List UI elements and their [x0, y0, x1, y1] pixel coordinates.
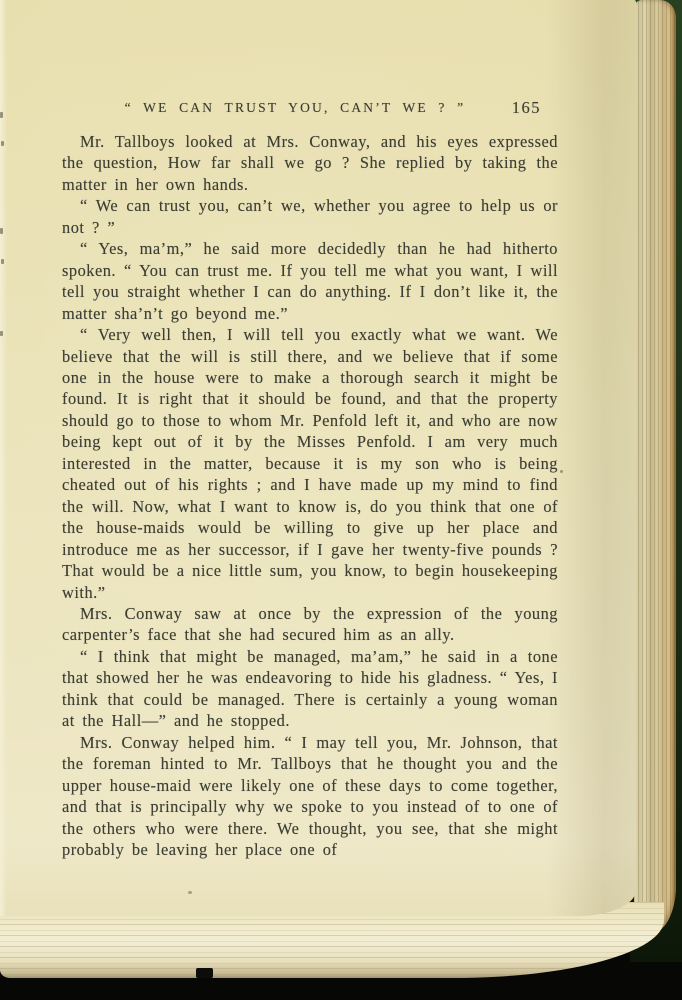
ink-bleed-mark	[0, 228, 3, 234]
body-text: Mr. Tallboys looked at Mrs. Conway, and …	[62, 131, 558, 860]
paper-speck	[188, 891, 192, 894]
book-page: “ WE CAN TRUST YOU, CAN’T WE ? ” 165 Mr.…	[0, 0, 636, 916]
running-title: “ WE CAN TRUST YOU, CAN’T WE ? ”	[62, 100, 528, 116]
ink-bleed-mark	[0, 331, 3, 336]
running-header: “ WE CAN TRUST YOU, CAN’T WE ? ” 165	[62, 98, 558, 120]
paragraph: “ I think that might be managed, ma’am,”…	[62, 646, 558, 732]
binding-shadow-notch	[196, 968, 213, 978]
paragraph: Mr. Tallboys looked at Mrs. Conway, and …	[62, 131, 558, 195]
paragraph: Mrs. Conway helped him. “ I may tell you…	[62, 732, 558, 861]
page-fore-edge-stack	[634, 0, 676, 934]
paragraph: “ Very well then, I will tell you exactl…	[62, 324, 558, 603]
ink-bleed-mark	[0, 112, 3, 118]
ink-bleed-mark	[1, 141, 4, 146]
paragraph: “ We can trust you, can’t we, whether yo…	[62, 195, 558, 238]
paragraph: “ Yes, ma’m,” he said more decidedly tha…	[62, 238, 558, 324]
ink-bleed-mark	[1, 259, 4, 264]
paper-speck	[560, 470, 563, 473]
page-left-edge-highlight	[0, 0, 7, 916]
page-number: 165	[512, 98, 541, 118]
scanned-book-photo: “ WE CAN TRUST YOU, CAN’T WE ? ” 165 Mr.…	[0, 0, 682, 1000]
paragraph: Mrs. Conway saw at once by the expressio…	[62, 603, 558, 646]
